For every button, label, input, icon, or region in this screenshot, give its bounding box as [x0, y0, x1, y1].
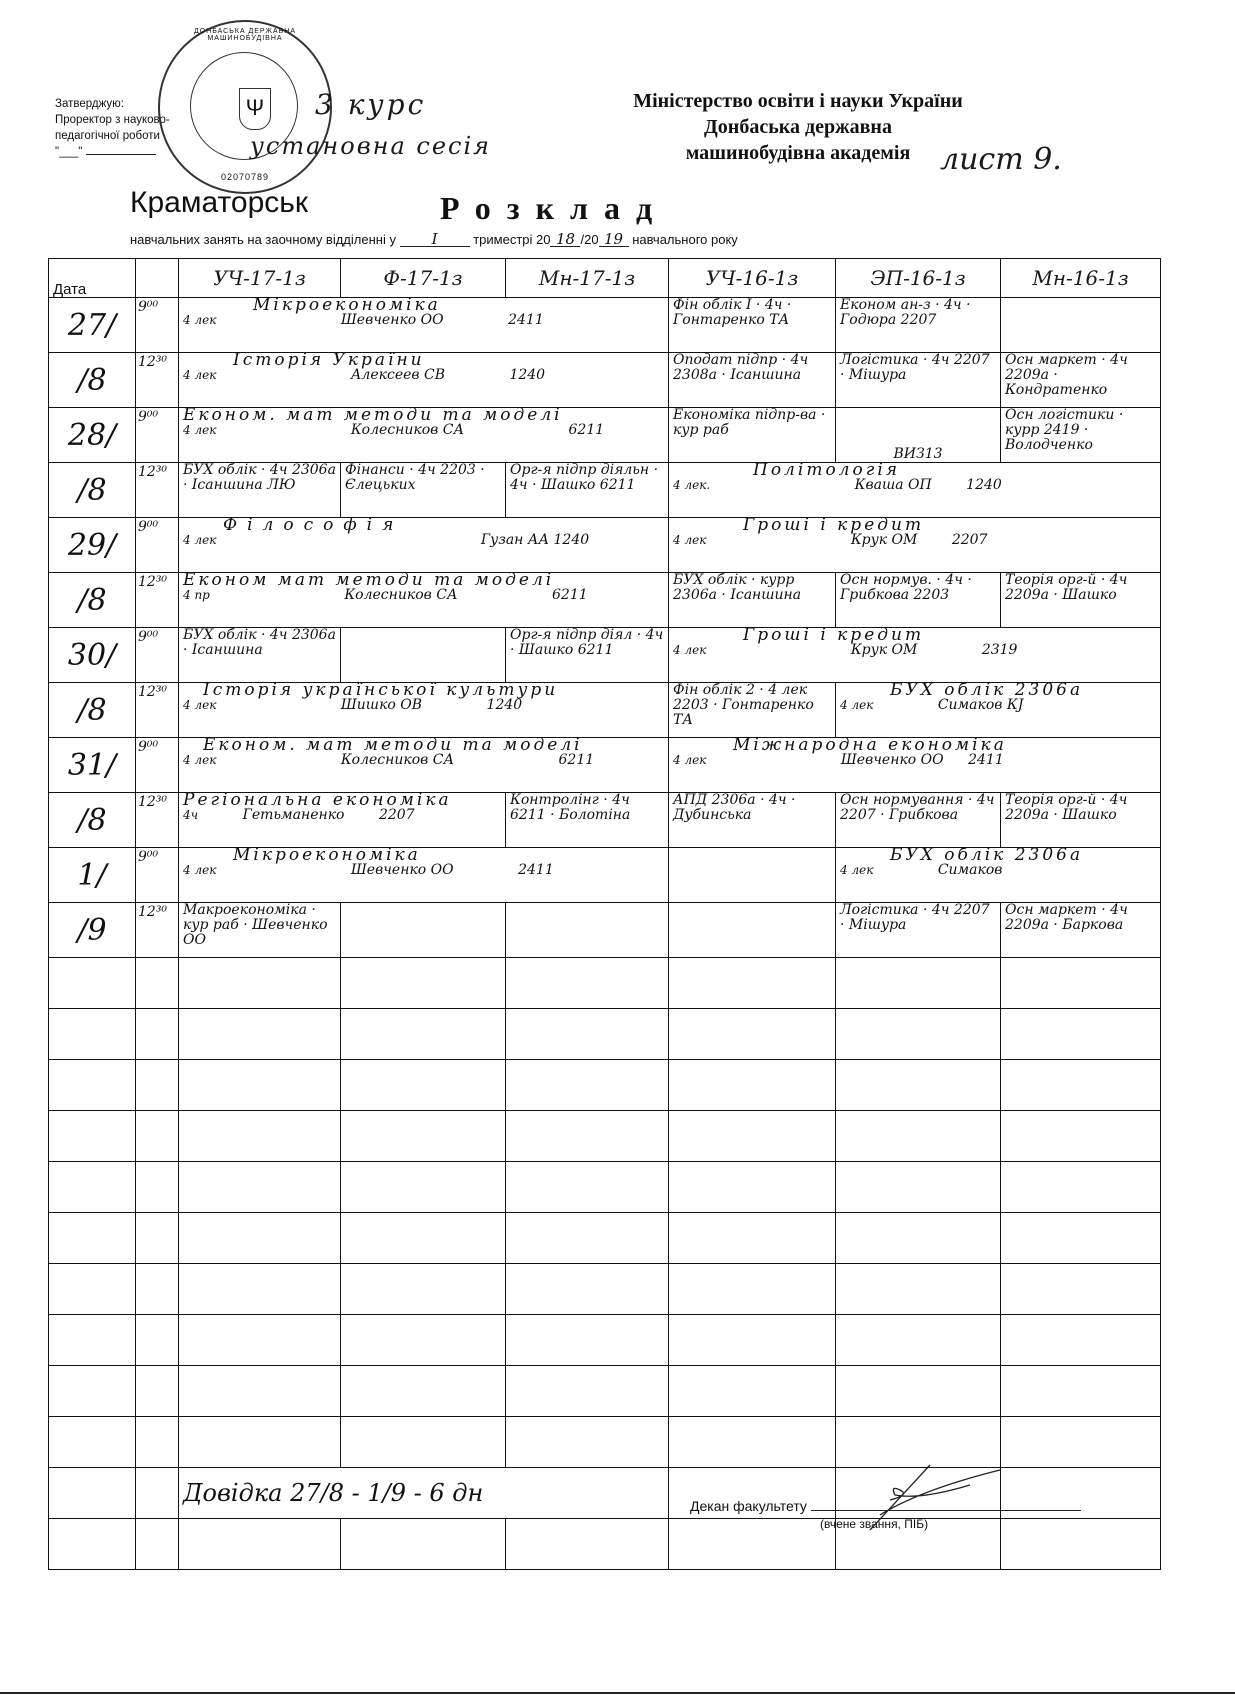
lesson-cell: Теорія орг-й · 4ч 2209а · Шашко: [1001, 793, 1161, 848]
table-row: /8 12³⁰ БУХ облік · 4ч 2306а · Ісаншина …: [49, 463, 1161, 518]
lesson-cell: Історія України4 лек Алексеев СВ 1240: [179, 353, 669, 408]
date-cell: /8: [49, 353, 136, 408]
table-row: /8 12³⁰ Регіональна економіка4ч Гетьмане…: [49, 793, 1161, 848]
time-cell: 12³⁰: [136, 353, 179, 408]
approval-line-3: педагогічної роботи: [55, 128, 170, 144]
lesson-cell: [341, 903, 506, 958]
lesson-cell: Контролінг · 4ч 6211 · Болотіна: [506, 793, 669, 848]
lesson-cell: Осн логістики · курр 2419 · Володченко: [1001, 408, 1161, 463]
trident-emblem-icon: Ψ: [239, 88, 271, 130]
time-cell: 12³⁰: [136, 683, 179, 738]
approval-line-1: Затверджую:: [55, 96, 170, 112]
date-cell: /8: [49, 573, 136, 628]
header-group-uch16: УЧ-16-1з: [669, 259, 836, 298]
lesson-cell: [669, 903, 836, 958]
date-cell: /8: [49, 463, 136, 518]
time-cell: 12³⁰: [136, 793, 179, 848]
table-row: 31/ 9⁰⁰ Економ. мат методи та моделі4 ле…: [49, 738, 1161, 793]
table-row: /8 12³⁰ Економ мат методи та моделі4 пр …: [49, 573, 1161, 628]
table-row: 1/ 9⁰⁰ Мікроекономіка4 лек Шевченко ОО 2…: [49, 848, 1161, 903]
lesson-cell: БУХ облік 2306а4 лек Симаков КЈ: [836, 683, 1161, 738]
approval-block: Затверджую: Проректор з науково- педагог…: [55, 96, 170, 160]
empty-row: [49, 1060, 1161, 1111]
date-cell: 30/: [49, 628, 136, 683]
document-subtitle: навчальних занять на заочному відділенні…: [130, 232, 738, 247]
official-stamp: ДОНБАСЬКА ДЕРЖАВНА МАШИНОБУДІВНА Ψ 02070…: [158, 20, 332, 194]
empty-row: [49, 1213, 1161, 1264]
header-date: Дата: [49, 259, 136, 298]
lesson-cell: Регіональна економіка4ч Гетьманенко 2207: [179, 793, 506, 848]
lesson-cell: БУХ облік · 4ч 2306а · Ісаншина ЛЮ: [179, 463, 341, 518]
header-group-mn16: Мн-16-1з: [1001, 259, 1161, 298]
lesson-cell: Логістика · 4ч 2207 · Мішура: [836, 353, 1001, 408]
approval-date: "___": [55, 144, 170, 160]
year-start-field: 18: [550, 232, 580, 247]
lesson-cell: Фін облік 2 · 4 лек 2203 · Гонтаренко ТА: [669, 683, 836, 738]
lesson-cell: Осн маркет · 4ч 2209а · Кондратенко: [1001, 353, 1161, 408]
lesson-cell: Міжнародна економіка4 лек Шевченко ОО 24…: [669, 738, 1161, 793]
table-row: 29/ 9⁰⁰ Філософія4 лек Гузан АА 1240 Гро…: [49, 518, 1161, 573]
document-title: Розклад: [440, 190, 668, 227]
date-cell: 28/: [49, 408, 136, 463]
time-cell: 9⁰⁰: [136, 628, 179, 683]
time-cell: 9⁰⁰: [136, 738, 179, 793]
time-cell: 9⁰⁰: [136, 408, 179, 463]
header-time: [136, 259, 179, 298]
lesson-cell: [669, 848, 836, 903]
lesson-cell: Орг-я підпр діяльн · 4ч · Шашко 6211: [506, 463, 669, 518]
header-group-uch17: УЧ-17-1з: [179, 259, 341, 298]
empty-row: [49, 1111, 1161, 1162]
time-cell: 9⁰⁰: [136, 848, 179, 903]
city-name: Краматорськ: [130, 186, 308, 220]
ministry-line-2: Донбаська державна: [588, 114, 1008, 140]
lesson-cell: ВИЗ13: [836, 408, 1001, 463]
empty-row: [49, 958, 1161, 1009]
lesson-cell: Мікроекономіка4 лек Шевченко ОО 2411: [179, 848, 669, 903]
stamp-code: 02070789: [160, 172, 330, 182]
schedule-table: Дата УЧ-17-1з Ф-17-1з Мн-17-1з УЧ-16-1з …: [48, 258, 1161, 1570]
note-cell: Довідка 27/8 - 1/9 - 6 дн: [179, 1468, 669, 1519]
session-label: установна сесія: [250, 132, 491, 160]
empty-row: [49, 1366, 1161, 1417]
lesson-cell: Філософія4 лек Гузан АА 1240: [179, 518, 669, 573]
header-group-mn17: Мн-17-1з: [506, 259, 669, 298]
lesson-cell: Економ. мат методи та моделі4 лек Колесн…: [179, 738, 669, 793]
header-row: Дата УЧ-17-1з Ф-17-1з Мн-17-1з УЧ-16-1з …: [49, 259, 1161, 298]
lesson-cell: Економ. мат методи та моделі4 лек Колесн…: [179, 408, 669, 463]
lesson-cell: Гроші і кредит4 лек Крук ОМ 2207: [669, 518, 1161, 573]
lesson-cell: Логістика · 4ч 2207 · Мішура: [836, 903, 1001, 958]
lesson-cell: Орг-я підпр діял · 4ч · Шашко 6211: [506, 628, 669, 683]
lesson-cell: Політологія4 лек. Кваша ОП 1240: [669, 463, 1161, 518]
time-cell: 12³⁰: [136, 903, 179, 958]
page-bottom-rule: [0, 1692, 1235, 1694]
trimester-field: I: [400, 232, 470, 247]
lesson-cell: Осн маркет · 4ч 2209а · Баркова: [1001, 903, 1161, 958]
date-cell: 29/: [49, 518, 136, 573]
lesson-cell: АПД 2306а · 4ч · Дубинська: [669, 793, 836, 848]
signature-scribble-icon: [860, 1460, 1020, 1540]
date-cell: 27/: [49, 298, 136, 353]
stamp-outer-text: ДОНБАСЬКА ДЕРЖАВНА МАШИНОБУДІВНА: [160, 28, 330, 42]
year-end-field: 19: [599, 232, 629, 247]
lesson-cell: [1001, 298, 1161, 353]
table-row: 27/ 9⁰⁰ Мікроекономіка4 лек Шевченко ОО …: [49, 298, 1161, 353]
empty-row: [49, 1162, 1161, 1213]
time-cell: 9⁰⁰: [136, 518, 179, 573]
approval-date-blank: [86, 154, 156, 155]
lesson-cell: БУХ облік 2306а4 лек Симаков: [836, 848, 1161, 903]
approval-line-2: Проректор з науково-: [55, 112, 170, 128]
empty-row: [49, 1009, 1161, 1060]
lesson-cell: Економ мат методи та моделі4 пр Колесник…: [179, 573, 669, 628]
time-cell: 9⁰⁰: [136, 298, 179, 353]
date-cell: 31/: [49, 738, 136, 793]
date-cell: /8: [49, 683, 136, 738]
table-row: /9 12³⁰ Макроекономіка · кур раб · Шевче…: [49, 903, 1161, 958]
course-label: 3 курс: [315, 88, 426, 121]
table-row: 28/ 9⁰⁰ Економ. мат методи та моделі4 ле…: [49, 408, 1161, 463]
dean-label: Декан факультету: [690, 1498, 807, 1514]
lesson-cell: Фінанси · 4ч 2203 · Єлецьких: [341, 463, 506, 518]
date-cell: 1/: [49, 848, 136, 903]
empty-row: [49, 1264, 1161, 1315]
date-cell: /9: [49, 903, 136, 958]
time-cell: 12³⁰: [136, 573, 179, 628]
lesson-cell: БУХ облік · 4ч 2306а · Ісаншина: [179, 628, 341, 683]
lesson-cell: Мікроекономіка4 лек Шевченко ОО 2411: [179, 298, 669, 353]
empty-row: [49, 1315, 1161, 1366]
lesson-cell: [506, 903, 669, 958]
lesson-cell: Фін облік I · 4ч · Гонтаренко ТА: [669, 298, 836, 353]
header-group-ep16: ЭП-16-1з: [836, 259, 1001, 298]
header-group-f17: Ф-17-1з: [341, 259, 506, 298]
lesson-cell: Осн нормування · 4ч 2207 · Грибкова: [836, 793, 1001, 848]
lesson-cell: Осн нормув. · 4ч · Грибкова 2203: [836, 573, 1001, 628]
lesson-cell: Макроекономіка · кур раб · Шевченко ОО: [179, 903, 341, 958]
lesson-cell: БУХ облік · курр 2306а · Ісаншина: [669, 573, 836, 628]
ministry-line-1: Міністерство освіти і науки України: [588, 88, 1008, 114]
lesson-cell: [341, 628, 506, 683]
lesson-cell: Історія української культури4 лек Шишко …: [179, 683, 669, 738]
table-row: 30/ 9⁰⁰ БУХ облік · 4ч 2306а · Ісаншина …: [49, 628, 1161, 683]
lesson-cell: Теорія орг-й · 4ч 2209а · Шашко: [1001, 573, 1161, 628]
table-row: /8 12³⁰ Історія української культури4 ле…: [49, 683, 1161, 738]
lesson-cell: Оподат підпр · 4ч 2308а · Ісаншина: [669, 353, 836, 408]
lesson-cell: Економіка підпр-ва · кур раб: [669, 408, 836, 463]
time-cell: 12³⁰: [136, 463, 179, 518]
date-cell: /8: [49, 793, 136, 848]
table-row: /8 12³⁰ Історія України4 лек Алексеев СВ…: [49, 353, 1161, 408]
lesson-cell: Гроші і кредит4 лек Крук ОМ 2319: [669, 628, 1161, 683]
sheet-number: лист 9.: [940, 142, 1062, 177]
lesson-cell: Економ ан-з · 4ч · Годюра 2207: [836, 298, 1001, 353]
